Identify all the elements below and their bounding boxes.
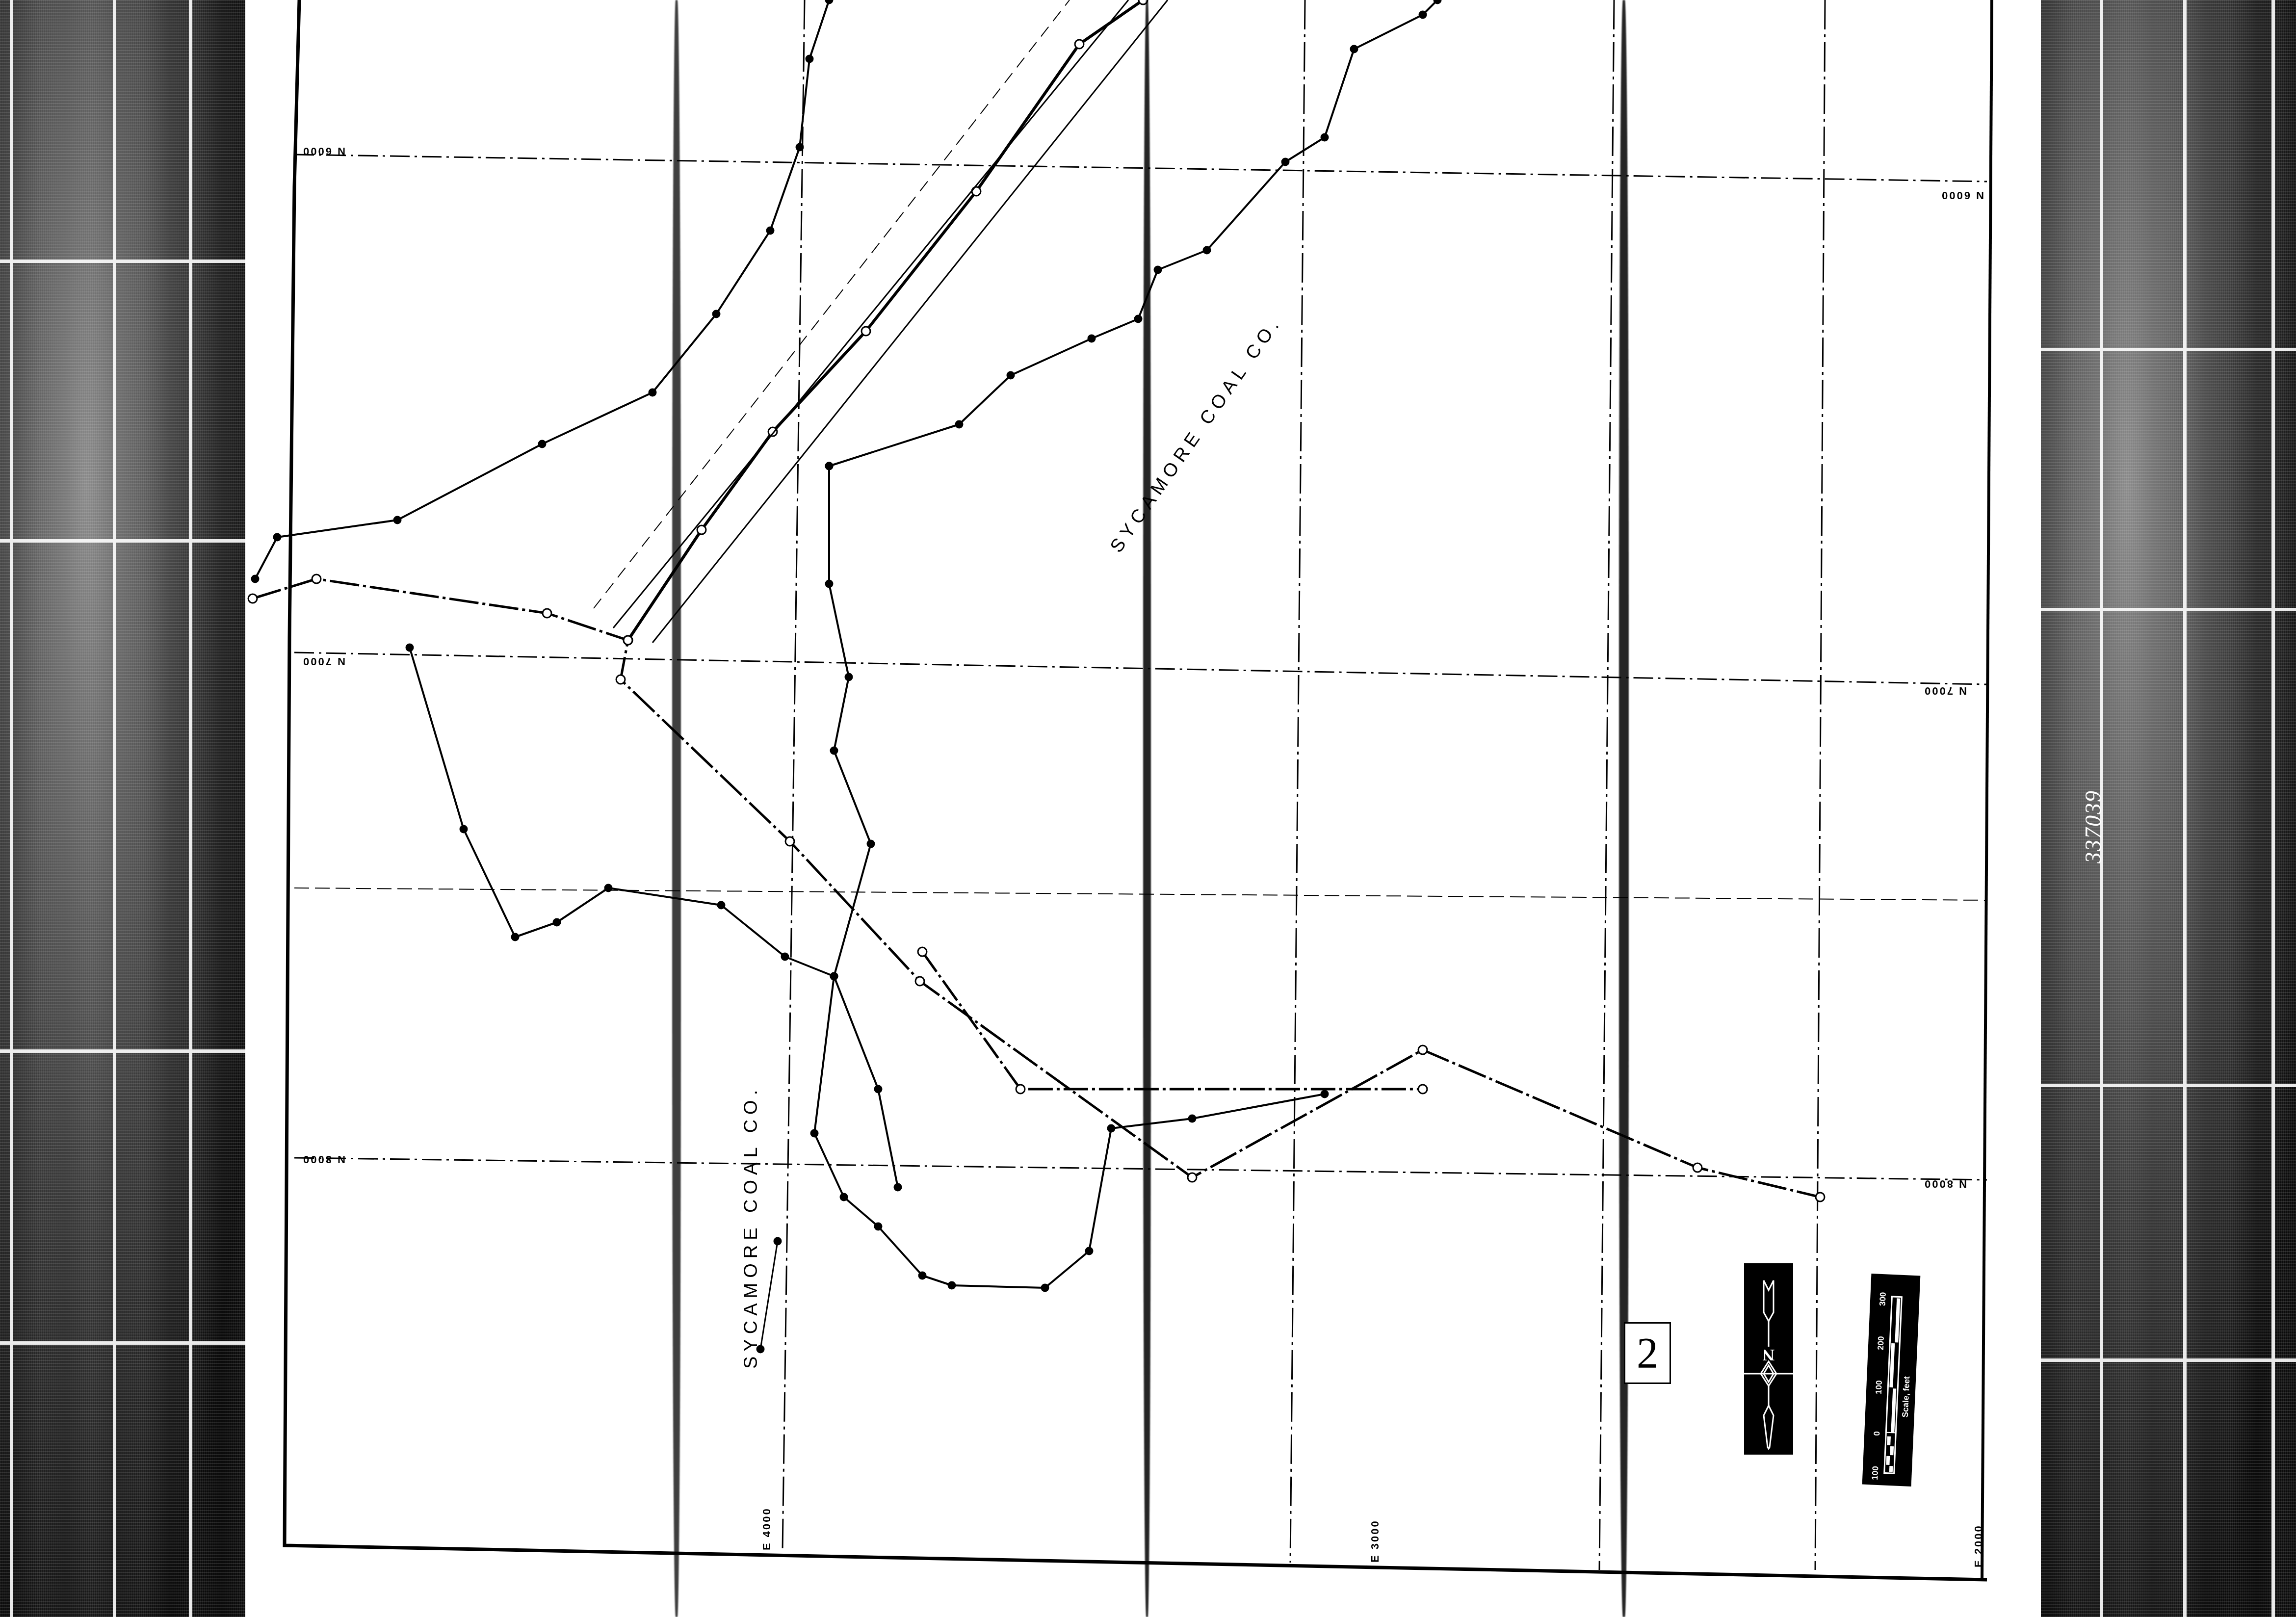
northing-label: N 8000: [302, 1153, 345, 1166]
accession-number: 337039: [2080, 790, 2106, 863]
north-arrow: N: [1744, 1263, 1793, 1455]
northing-label: N 6000: [302, 145, 345, 157]
easting-label: E 2000: [1972, 1524, 1985, 1567]
scan-border-right: [2036, 0, 2296, 1617]
northing-label: N 6000: [1940, 189, 1984, 202]
company-label-sycamore-coal: SYCAMORE COAL CO.: [741, 1085, 762, 1369]
northing-label: N 7000: [302, 655, 345, 668]
scale-bar: 100 0 100 200 300 Scale, feet: [1862, 1274, 1921, 1487]
scanned-map-page: N 6000 N 6000 N 7000 N 7000 N 8000 N 800…: [0, 0, 2296, 1617]
scan-border-left: [0, 0, 245, 1617]
easting-label: E 4000: [760, 1507, 773, 1550]
fold-crease: [672, 0, 681, 1617]
northing-label: N 7000: [1923, 684, 1967, 697]
fold-crease: [1143, 0, 1151, 1617]
map-sheet: N 6000 N 6000 N 7000 N 7000 N 8000 N 800…: [245, 0, 2041, 1617]
north-arrow-icon: N: [1744, 1263, 1793, 1455]
northing-label: N 8000: [1923, 1177, 1967, 1190]
sheet-number: 2: [1624, 1322, 1671, 1384]
svg-text:N: N: [1762, 1346, 1774, 1364]
easting-label: E 3000: [1369, 1519, 1382, 1563]
